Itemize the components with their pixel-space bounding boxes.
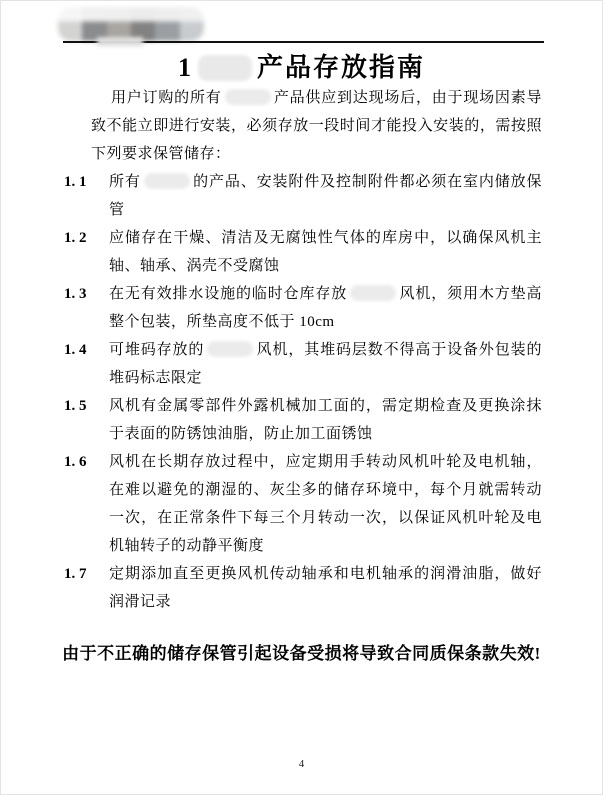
logo-redaction-block (58, 7, 82, 41)
intro-paragraph: 用户订购的所有产品供应到达现场后，由于现场因素导致不能立即进行安装，必须存放一段… (91, 84, 542, 168)
title-text: 产品存放指南 (257, 53, 425, 82)
item-number: 1. 3 (64, 280, 109, 308)
list-item: 1. 4可堆码存放的风机，其堆码层数不得高于设备外包装的堆码标志限定 (64, 336, 542, 392)
redaction-blob (350, 285, 396, 301)
item-number: 1. 2 (64, 224, 109, 252)
list-item: 1. 1所有的产品、安装附件及控制附件都必须在室内储放保管 (64, 168, 542, 224)
item-number: 1. 4 (64, 336, 109, 364)
document-body: 用户订购的所有产品供应到达现场后，由于现场因素导致不能立即进行安装，必须存放一段… (1, 84, 602, 616)
page-number: 4 (1, 758, 602, 770)
item-number: 1. 7 (64, 560, 109, 588)
title-section-number: 1 (178, 53, 193, 82)
item-text: 风机在长期存放过程中，应定期用手转动风机叶轮及电机轴，在难以避免的潮湿的、灰尘多… (109, 448, 542, 560)
document-page: 1产品存放指南 用户订购的所有产品供应到达现场后，由于现场因素导致不能立即进行安… (0, 0, 603, 795)
logo-redaction-block (107, 7, 131, 41)
logo-redaction-blur (58, 7, 204, 41)
item-number: 1. 5 (64, 392, 109, 420)
redaction-blob (207, 341, 253, 357)
list-item: 1. 6风机在长期存放过程中，应定期用手转动风机叶轮及电机轴，在难以避免的潮湿的… (64, 448, 542, 560)
header-rule-blur-gap (97, 37, 143, 46)
page-title: 1产品存放指南 (1, 47, 602, 84)
logo-redaction-block (155, 7, 179, 41)
logo-redaction-block (131, 7, 155, 41)
item-text: 所有的产品、安装附件及控制附件都必须在室内储放保管 (109, 168, 542, 224)
logo-redaction-block (180, 7, 204, 41)
title-brand-redaction-blob (198, 55, 252, 81)
logo-redaction-block (82, 7, 106, 41)
list-item: 1. 2应储存在干燥、清洁及无腐蚀性气体的库房中，以确保风机主轴、轴承、涡壳不受… (64, 224, 542, 280)
storage-items-list: 1. 1所有的产品、安装附件及控制附件都必须在室内储放保管1. 2应储存在干燥、… (64, 168, 542, 616)
list-item: 1. 3在无有效排水设施的临时仓库存放风机，须用木方垫高整个包装，所垫高度不低于… (64, 280, 542, 336)
item-text: 应储存在干燥、清洁及无腐蚀性气体的库房中，以确保风机主轴、轴承、涡壳不受腐蚀 (109, 224, 542, 280)
warning-text: 由于不正确的储存保管引起设备受损将导致合同质保条款失效! (1, 639, 602, 664)
list-item: 1. 5风机有金属零部件外露机械加工面的，需定期检查及更换涂抹于表面的防锈蚀油脂… (64, 392, 542, 448)
redaction-blob (144, 173, 190, 189)
list-item: 1. 7定期添加直至更换风机传动轴承和电机轴承的润滑油脂，做好润滑记录 (64, 560, 542, 616)
item-number: 1. 1 (64, 168, 109, 196)
redaction-blob (225, 89, 271, 105)
item-text: 在无有效排水设施的临时仓库存放风机，须用木方垫高整个包装，所垫高度不低于 10c… (109, 280, 542, 336)
item-number: 1. 6 (64, 448, 109, 476)
item-text: 定期添加直至更换风机传动轴承和电机轴承的润滑油脂，做好润滑记录 (109, 560, 542, 616)
item-text: 可堆码存放的风机，其堆码层数不得高于设备外包装的堆码标志限定 (109, 336, 542, 392)
item-text: 风机有金属零部件外露机械加工面的，需定期检查及更换涂抹于表面的防锈蚀油脂，防止加… (109, 392, 542, 448)
